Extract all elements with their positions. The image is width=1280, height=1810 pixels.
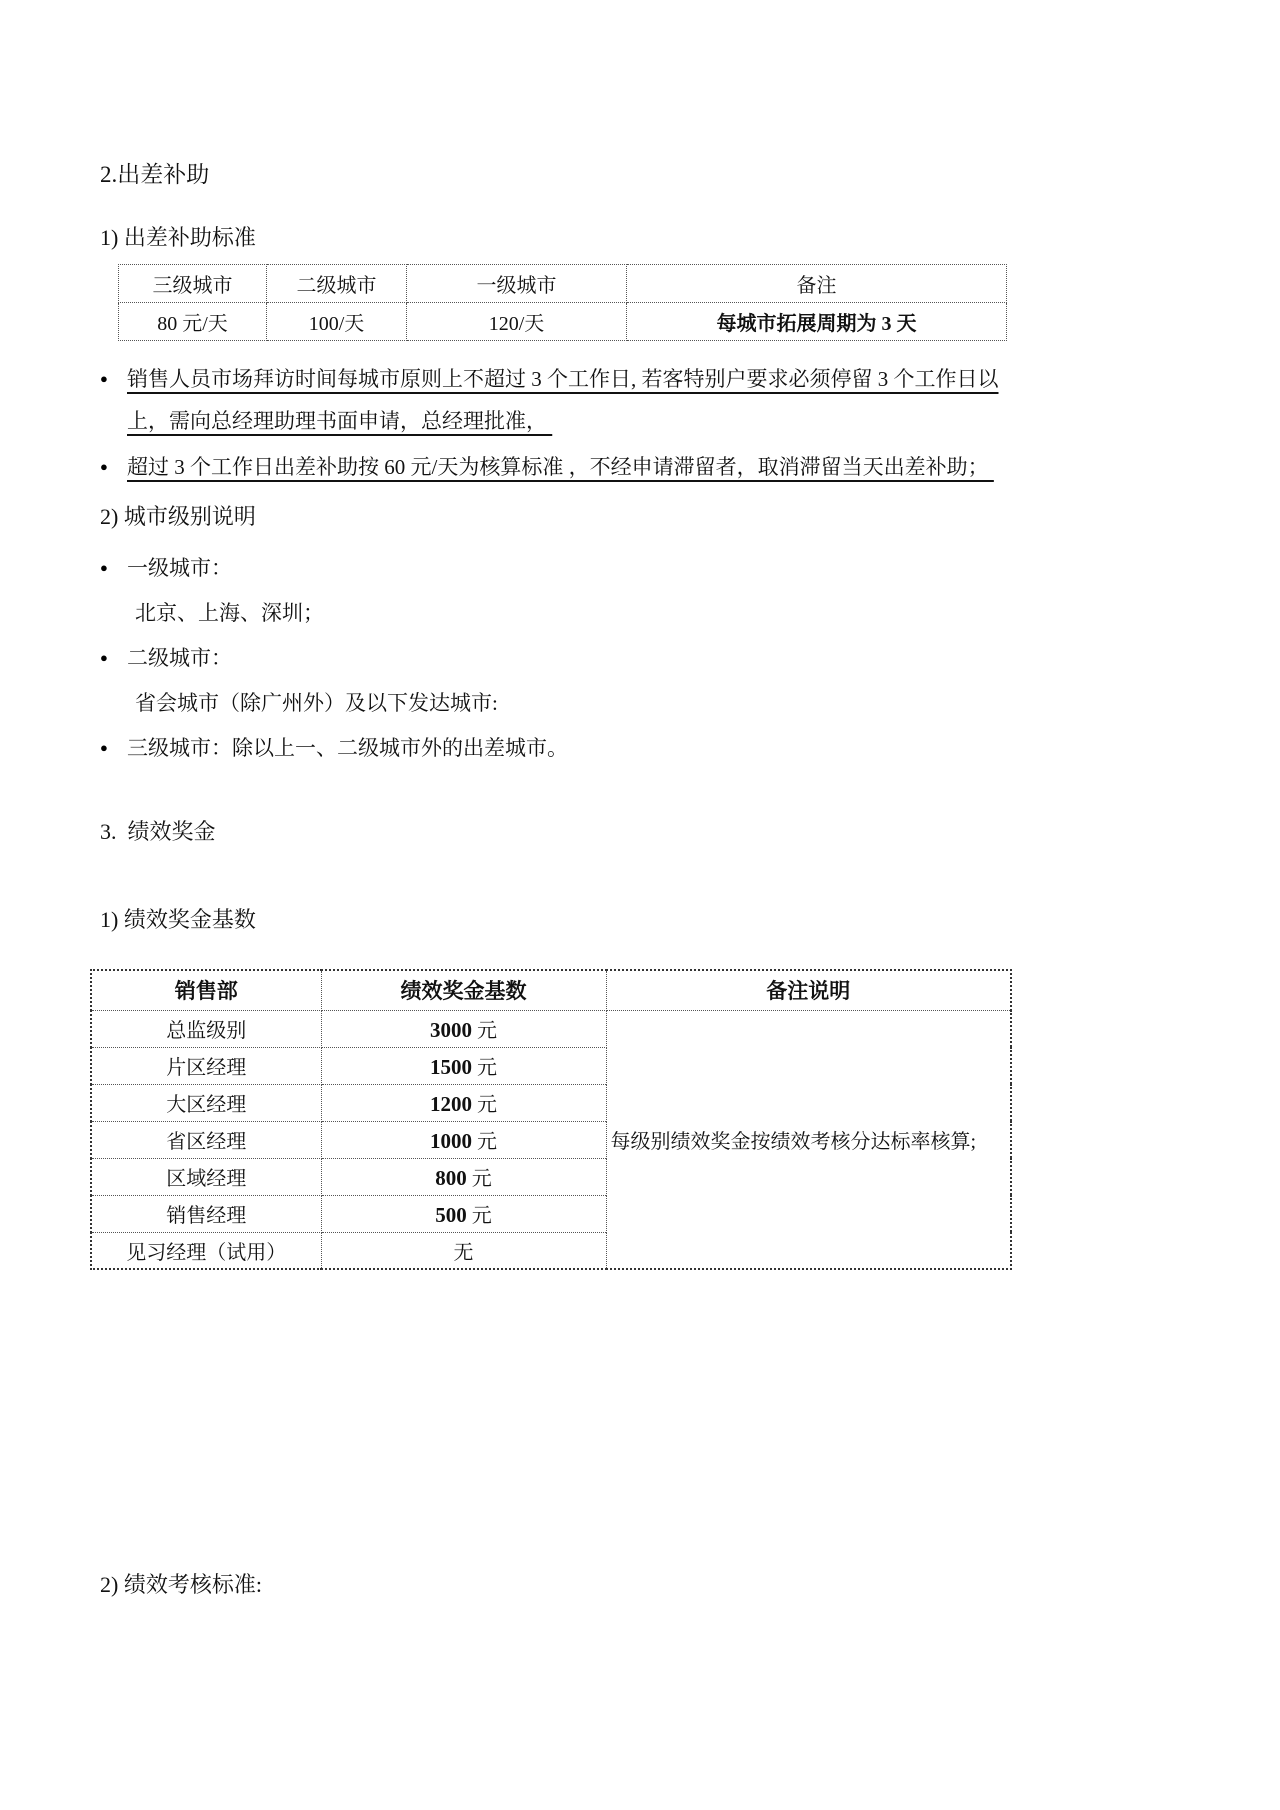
bullet-icon: ● (100, 733, 127, 763)
rule-bullet-text: 超过 3 个工作日出差补助按 60 元/天为核算标准 ，不经申请滞留者，取消滞留… (127, 446, 1010, 488)
cell-level: 销售经理 (91, 1195, 321, 1232)
header-cell-tier2-city: 二级城市 (267, 265, 407, 303)
subsection-title-city-levels: 2) 城市级别说明 (100, 500, 1010, 531)
cell-note-merged: 每级别绩效奖金按绩效考核分达标率核算; (606, 1010, 1011, 1269)
section-title-travel-subsidy: 2.出差补助 (100, 156, 1010, 189)
document-page: 2.出差补助 1) 出差补助标准 三级城市 二级城市 一级城市 备注 80 元/… (0, 0, 1280, 1810)
table-row: 总监级别 3000 元 每级别绩效奖金按绩效考核分达标率核算; (91, 1010, 1011, 1047)
rule-bullet-overstay: ● 超过 3 个工作日出差补助按 60 元/天为核算标准 ，不经申请滞留者，取消… (100, 446, 1010, 488)
amount-number: 800 (435, 1166, 467, 1190)
city-level-label: 一级城市： (127, 553, 1010, 583)
amount-unit: 元 (472, 1020, 497, 1042)
amount-number: 500 (435, 1203, 467, 1227)
amount-number: 3000 (430, 1018, 472, 1042)
cell-level: 区域经理 (91, 1158, 321, 1195)
subsection-title-bonus-base: 1) 绩效奖金基数 (100, 903, 1010, 934)
table-header-row: 销售部 绩效奖金基数 备注说明 (91, 970, 1011, 1010)
bullet-icon: ● (100, 553, 127, 583)
amount-unit: 元 (467, 1168, 492, 1190)
city-level-item-tier2: ● 二级城市： (100, 643, 1010, 673)
subsection-title-subsidy-standard: 1) 出差补助标准 (100, 221, 1010, 252)
bullet-icon: ● (100, 643, 127, 673)
cell-level: 见习经理（试用） (91, 1232, 321, 1269)
amount-unit: 元 (467, 1205, 492, 1227)
city-level-list: ● 一级城市： 北京、上海、深圳； ● 二级城市： 省会城市（除广州外）及以下发… (100, 553, 1010, 763)
cell-amount: 800 元 (321, 1158, 606, 1195)
amount-number: 1500 (430, 1055, 472, 1079)
header-cell-bonus-base: 绩效奖金基数 (321, 970, 606, 1010)
cell-tier2-rate: 100/天 (267, 303, 407, 341)
header-cell-tier1-city: 一级城市 (407, 265, 627, 303)
cell-amount: 无 (321, 1232, 606, 1269)
bonus-base-table: 销售部 绩效奖金基数 备注说明 总监级别 3000 元 每级别绩效奖金按绩效考核… (90, 969, 1012, 1270)
travel-subsidy-table: 三级城市 二级城市 一级城市 备注 80 元/天 100/天 120/天 每城市… (118, 264, 1007, 341)
city-level-label: 二级城市： (127, 643, 1010, 673)
cell-level: 总监级别 (91, 1010, 321, 1047)
amount-number: 1000 (430, 1129, 472, 1153)
cell-amount: 1500 元 (321, 1047, 606, 1084)
cell-amount: 500 元 (321, 1195, 606, 1232)
city-level-item-tier3: ● 三级城市：除以上一、二级城市外的出差城市。 (100, 733, 1010, 763)
amount-unit: 元 (472, 1131, 497, 1153)
cell-amount: 3000 元 (321, 1010, 606, 1047)
cell-tier1-rate: 120/天 (407, 303, 627, 341)
cell-amount: 1000 元 (321, 1121, 606, 1158)
amount-unit: 元 (472, 1057, 497, 1079)
header-cell-note: 备注说明 (606, 970, 1011, 1010)
cell-tier3-rate: 80 元/天 (119, 303, 267, 341)
city-level-detail-tier1: 北京、上海、深圳； (135, 598, 1010, 628)
cell-level: 大区经理 (91, 1084, 321, 1121)
city-level-item-tier1: ● 一级城市： (100, 553, 1010, 583)
section-title-performance-bonus: 3. 绩效奖金 (100, 815, 1010, 846)
rule-bullet-text: 销售人员市场拜访时间每城市原则上不超过 3 个工作日, 若客特别户要求必须停留 … (127, 358, 1010, 442)
amount-unit: 元 (472, 1094, 497, 1116)
table-row: 80 元/天 100/天 120/天 每城市拓展周期为 3 天 (119, 303, 1007, 341)
header-cell-tier3-city: 三级城市 (119, 265, 267, 303)
bullet-icon: ● (100, 358, 127, 400)
cell-level: 省区经理 (91, 1121, 321, 1158)
header-cell-sales-dept: 销售部 (91, 970, 321, 1010)
amount-unit: 无 (454, 1242, 474, 1264)
table-header-row: 三级城市 二级城市 一级城市 备注 (119, 265, 1007, 303)
header-cell-remark: 备注 (627, 265, 1007, 303)
city-level-label: 三级城市：除以上一、二级城市外的出差城市。 (127, 733, 1010, 763)
cell-amount: 1200 元 (321, 1084, 606, 1121)
amount-number: 1200 (430, 1092, 472, 1116)
bullet-icon: ● (100, 446, 127, 488)
city-level-detail-tier2: 省会城市（除广州外）及以下发达城市: (135, 688, 1010, 718)
subsection-title-assessment-standard: 2) 绩效考核标准: (100, 1568, 1010, 1599)
cell-remark-value: 每城市拓展周期为 3 天 (627, 303, 1007, 341)
cell-level: 片区经理 (91, 1047, 321, 1084)
rule-bullet-visit-time: ● 销售人员市场拜访时间每城市原则上不超过 3 个工作日, 若客特别户要求必须停… (100, 358, 1010, 442)
